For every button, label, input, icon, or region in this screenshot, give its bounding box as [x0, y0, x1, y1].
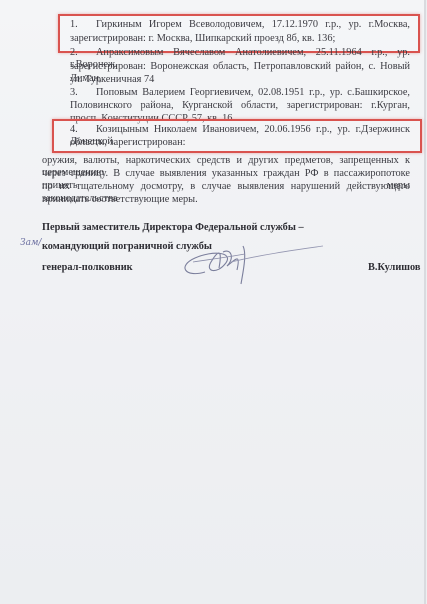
item-4-line-2: области, зарегистрирован: — [70, 137, 185, 149]
item-1-line-1: 1.Гиркиным Игорем Всеволодовичем, 17.12.… — [70, 19, 410, 31]
paragraph-line-4: принимать соответствующие меры. — [42, 194, 198, 206]
item-1-line-2: зарегистрирован: г. Москва, Шипкарский п… — [70, 33, 335, 45]
item-3-line-1: 3.Поповым Валерием Георгиевичем, 02.08.1… — [70, 87, 410, 99]
signatory-name: В.Кулишов — [368, 262, 420, 274]
handwritten-note: Зам/ — [20, 238, 41, 248]
item-1-text-line-1: Гиркиным Игорем Всеволодовичем, 17.12.19… — [96, 19, 410, 30]
item-1-number: 1. — [70, 19, 96, 31]
item-4-number: 4. — [70, 124, 96, 136]
item-3-line-2: Половинского района, Курганской области,… — [70, 100, 410, 112]
signatory-title-line-3: генерал-полковник — [42, 262, 133, 274]
document-page: 1.Гиркиным Игорем Всеволодовичем, 17.12.… — [0, 0, 426, 604]
item-2-line-3: ул. Туркеничная 74 — [70, 74, 154, 86]
item-3-text-line-1: Поповым Валерием Георгиевичем, 02.08.195… — [96, 87, 410, 98]
item-3-number: 3. — [70, 87, 96, 99]
signature-icon — [165, 232, 325, 288]
item-2-number: 2. — [70, 47, 96, 59]
